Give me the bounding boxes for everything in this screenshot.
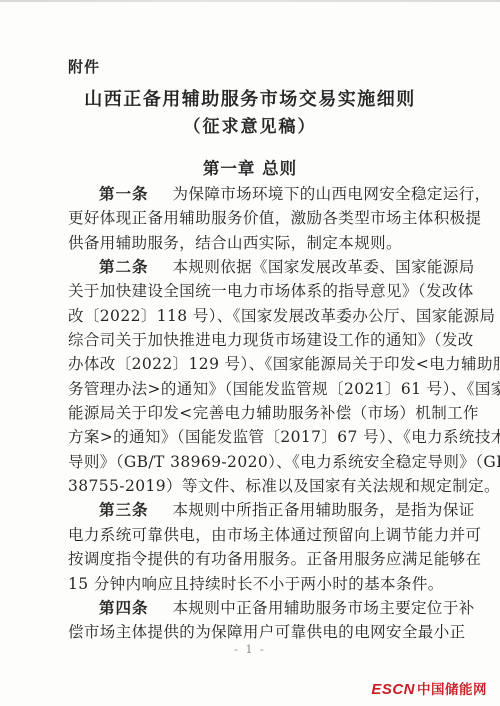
attachment-label: 附件	[68, 56, 100, 77]
document-subtitle: （征求意见稿）	[0, 112, 500, 137]
document-title: 山西正备用辅助服务市场交易实施细则	[0, 85, 500, 111]
chapter-heading: 第一章 总则	[0, 155, 500, 179]
article-3-line: 按调度指令提供的有功备用服务。正备用服务应满足能够在	[68, 547, 446, 571]
escn-watermark-logo: ESCN 中国储能网	[371, 682, 487, 697]
article-1-line: 供备用辅助服务，结合山西实际，制定本规则。	[68, 231, 446, 255]
article-2-line: 综合司关于加快推进电力现货市场建设工作的通知》（发改	[68, 328, 446, 352]
page-number: - 1 -	[0, 643, 500, 656]
article-1-text: 为保障市场环境下的山西电网安全稳定运行，	[173, 185, 491, 203]
article-4: 第四条本规则中正备用辅助服务市场主要定位于补 偿市场主体提供的为保障用户可靠供电…	[68, 596, 446, 645]
scan-edge-artifact	[0, 0, 500, 2]
article-4-line: 第四条本规则中正备用辅助服务市场主要定位于补	[68, 596, 446, 620]
article-1-label: 第一条	[99, 184, 149, 203]
document-page: 附件 山西正备用辅助服务市场交易实施细则 （征求意见稿） 第一章 总则 第一条为…	[0, 0, 500, 706]
article-1-line: 第一条为保障市场环境下的山西电网安全稳定运行，	[68, 182, 446, 206]
article-2-label: 第二条	[99, 257, 149, 276]
article-2-line: 办体改〔2022〕129 号）、《国家能源局关于印发<电力辅助服	[68, 352, 446, 376]
article-3-label: 第三条	[99, 500, 149, 519]
article-4-label: 第四条	[99, 598, 149, 617]
article-2-text: 本规则依据《国家发展改革委、国家能源局	[173, 258, 475, 276]
article-2-line: 方案>的通知》（国能发监管〔2017〕67 号）、《电力系统技术	[68, 425, 446, 449]
escn-logo-text-zh: 中国储能网	[417, 683, 487, 697]
article-2-line: 第二条本规则依据《国家发展改革委、国家能源局	[68, 255, 446, 279]
article-2: 第二条本规则依据《国家发展改革委、国家能源局 关于加快建设全国统一电力市场体系的…	[68, 255, 446, 498]
article-2-line: 导则》（GB/T 38969-2020）、《电力系统安全稳定导则》（GB	[68, 450, 446, 474]
document-body: 第一条为保障市场环境下的山西电网安全稳定运行， 更好体现正备用辅助服务价值，激励…	[68, 182, 446, 645]
article-3-text: 本规则中所指正备用辅助服务，是指为保证	[173, 501, 475, 519]
article-2-line: 能源局关于印发<完善电力辅助服务补偿（市场）机制工作	[68, 401, 446, 425]
article-2-line: 关于加快建设全国统一电力市场体系的指导意见》（发改体	[68, 279, 446, 303]
article-2-line: 改〔2022〕118 号）、《国家发展改革委办公厅、国家能源局	[68, 304, 446, 328]
article-3: 第三条本规则中所指正备用辅助服务，是指为保证 电力系统可靠供电，由市场主体通过预…	[68, 498, 446, 595]
article-3-line: 15 分钟内响应且持续时长不小于两小时的基本条件。	[68, 572, 446, 596]
article-1-line: 更好体现正备用辅助服务价值，激励各类型市场主体积极提	[68, 206, 446, 230]
escn-logo-text-en: ESCN	[371, 682, 415, 697]
article-2-line: 务管理办法>的通知》（国能发监管规〔2021〕61 号）、《国家	[68, 377, 446, 401]
article-3-line: 电力系统可靠供电，由市场主体通过预留向上调节能力并可	[68, 523, 446, 547]
article-2-line: 38755-2019）等文件、标准以及国家有关法规和规定制定。	[68, 474, 446, 498]
article-4-text: 本规则中正备用辅助服务市场主要定位于补	[173, 599, 475, 617]
article-3-line: 第三条本规则中所指正备用辅助服务，是指为保证	[68, 498, 446, 522]
article-4-line: 偿市场主体提供的为保障用户可靠供电的电网安全最小正	[68, 620, 446, 644]
article-1: 第一条为保障市场环境下的山西电网安全稳定运行， 更好体现正备用辅助服务价值，激励…	[68, 182, 446, 255]
